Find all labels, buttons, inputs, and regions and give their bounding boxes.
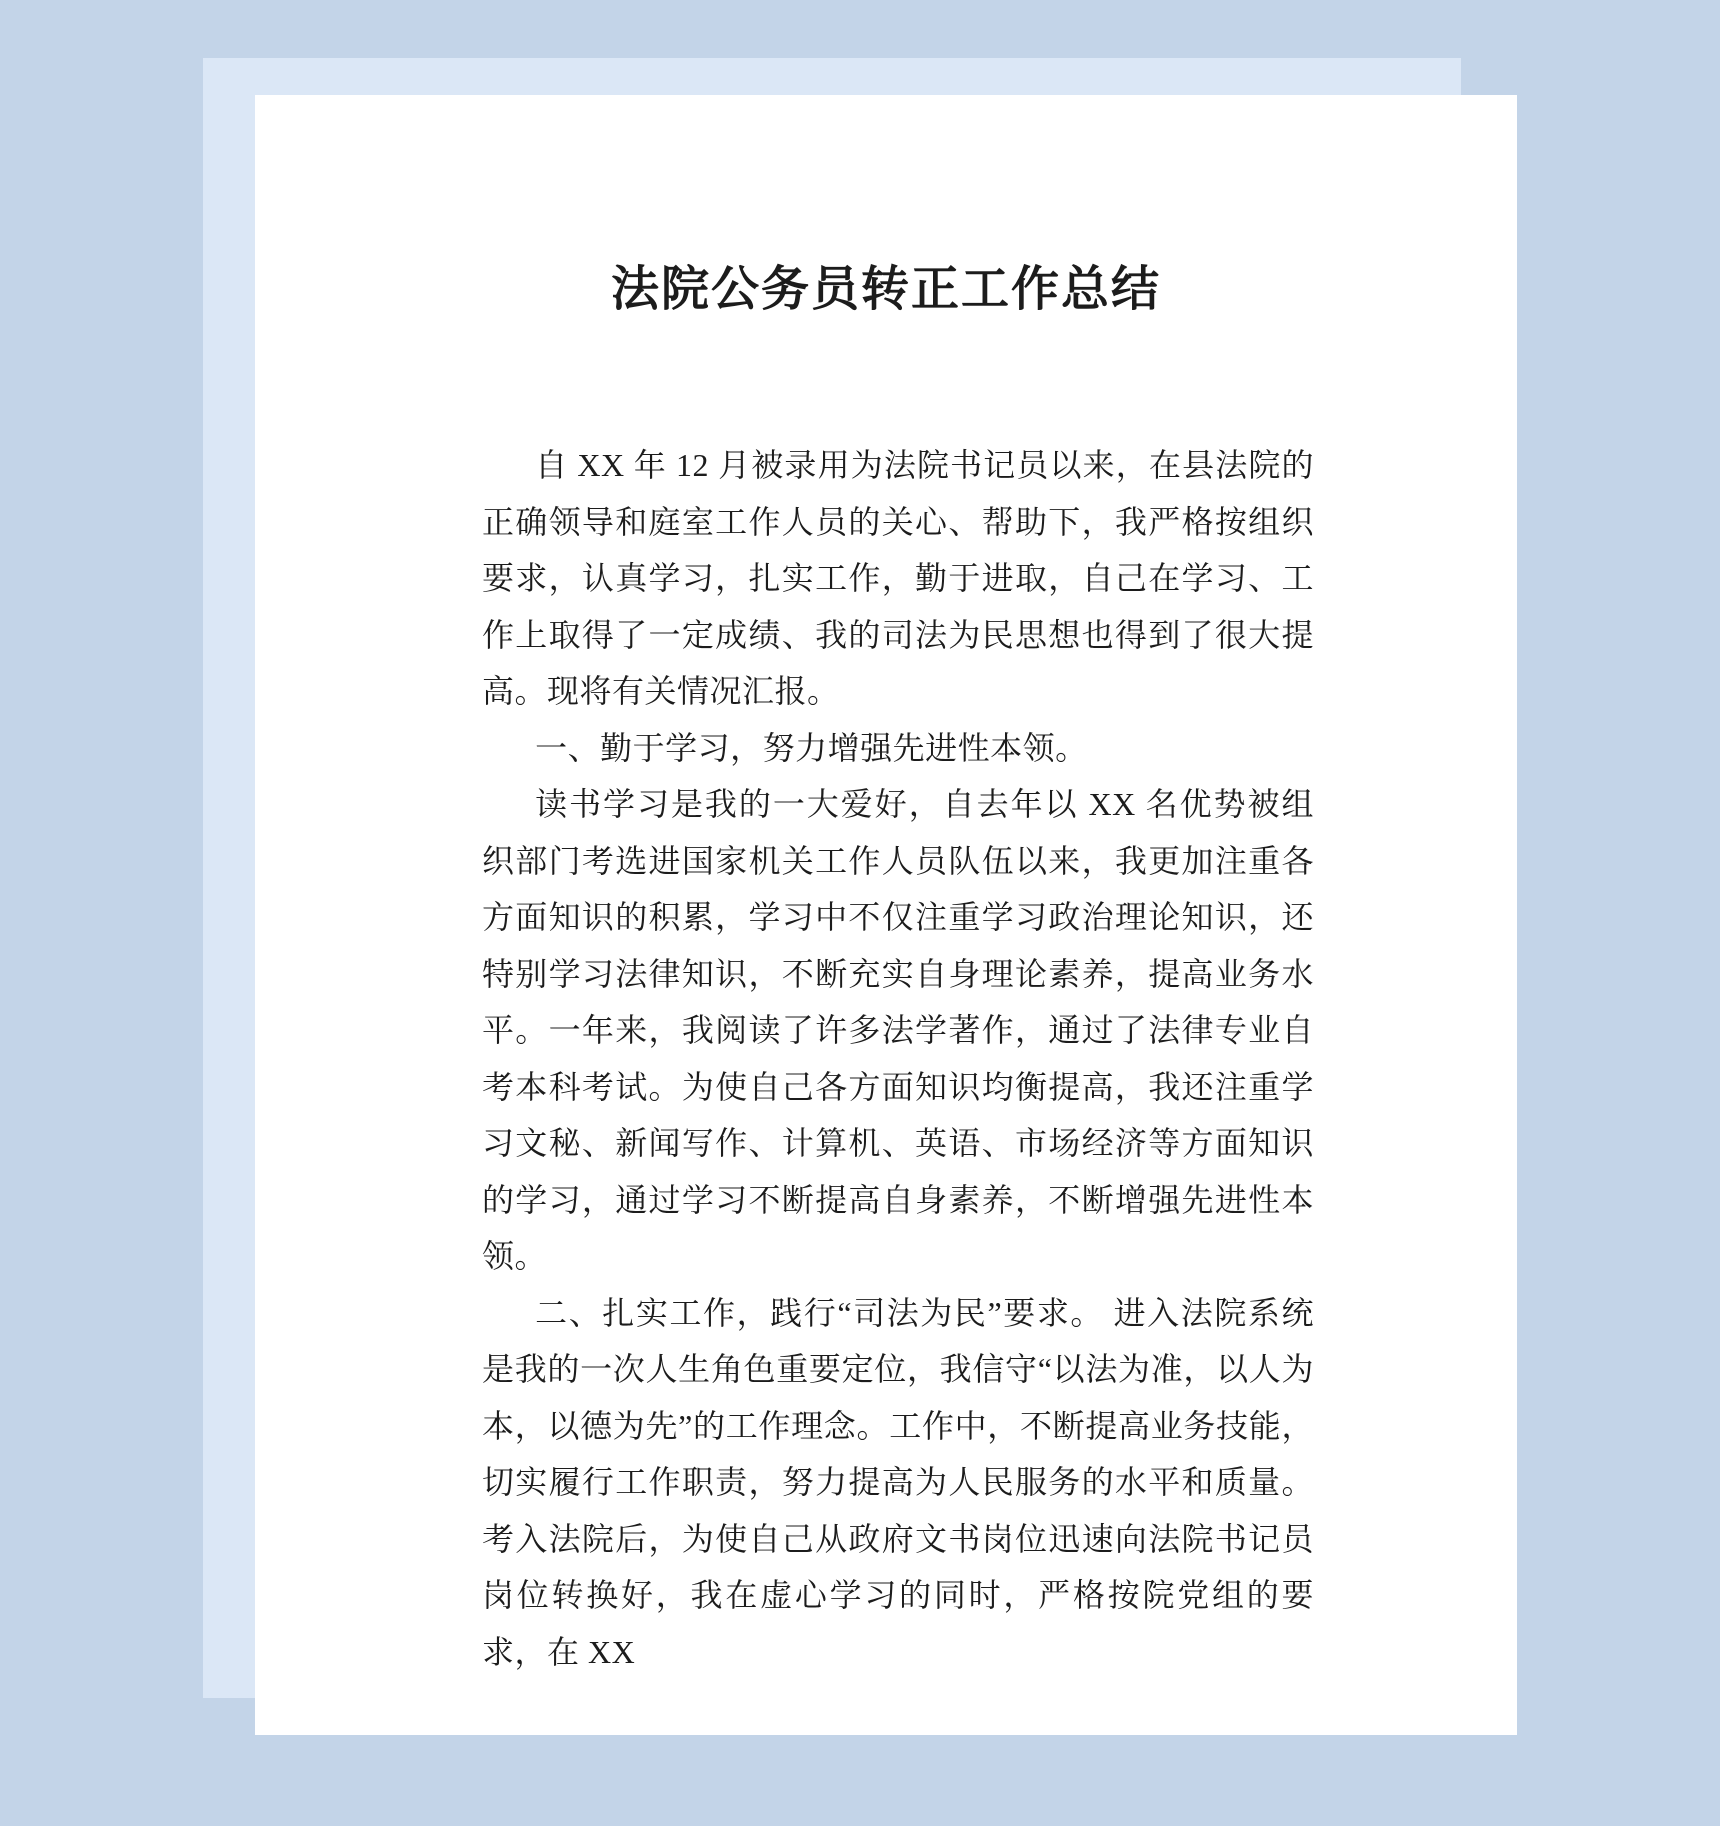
- paragraph-section-1-heading: 一、勤于学习，努力增强先进性本领。: [482, 720, 1314, 777]
- document-title: 法院公务员转正工作总结: [255, 255, 1517, 325]
- paragraph-section-2: 二、扎实工作，践行“司法为民”要求。 进入法院系统是我的一次人生角色重要定位，我…: [482, 1285, 1314, 1681]
- document-page: 法院公务员转正工作总结 自 XX 年 12 月被录用为法院书记员以来，在县法院的…: [255, 95, 1517, 1735]
- document-page-content: 法院公务员转正工作总结 自 XX 年 12 月被录用为法院书记员以来，在县法院的…: [255, 95, 1517, 1735]
- app-background: { "colors": { "background_color": "#c3d4…: [0, 0, 1720, 1826]
- paragraph-section-1-body: 读书学习是我的一大爱好，自去年以 XX 名优势被组织部门考选进国家机关工作人员队…: [482, 776, 1314, 1285]
- document-body: 自 XX 年 12 月被录用为法院书记员以来，在县法院的正确领导和庭室工作人员的…: [482, 437, 1314, 1680]
- paragraph-intro: 自 XX 年 12 月被录用为法院书记员以来，在县法院的正确领导和庭室工作人员的…: [482, 437, 1314, 720]
